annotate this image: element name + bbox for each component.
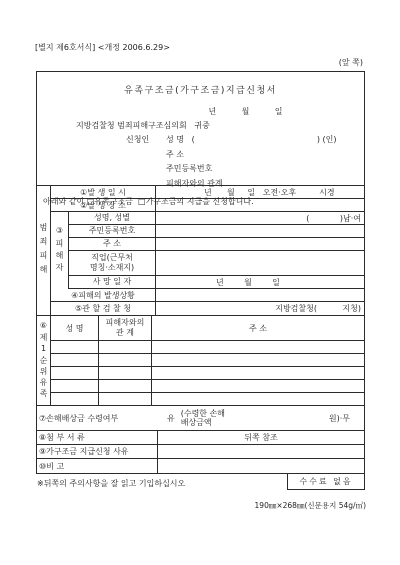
occurrence-datetime-label: ①발 생 일 시 [51,186,156,198]
victim-name-sex-value: ( )남·여 [156,212,364,224]
victim-rrn-row: 주민등록번호 [69,225,364,238]
recipient-line: 지방검찰청 범죄피해구조심의회 귀중 [37,120,364,131]
survivors-group-label: ⑥제1순위유족 [37,316,51,405]
occurrence-place-value [156,199,364,211]
applicant-block: 신청인 성 명 ( ) (인) 주 소 주민등록번호 피해자와의 관계 [37,134,364,192]
victim-rrn-value [156,225,364,237]
victim-occupation-label: 직업(근무처 명칭·소재지) [69,251,156,275]
compensation-label: ⑦손해배상금 수령여부 [37,413,167,424]
paper-spec: 190㎜×268㎜(신문용지 54g/㎡) [255,500,366,511]
victim-subsection: ③피해자 성명, 성별 ( )남·여 주민등록번호 [51,212,364,289]
occurrence-datetime-value: 년 월 일 오전·오후 시경 [156,186,364,198]
form-border-box: 유족구조금(가구조금)지급신청서 년 월 일 지방검찰청 범죄피해구조심의회 귀… [36,71,365,474]
attachments-row: ⑧첨 부 서 류 뒤쪽 참조 [37,431,364,445]
form-page: [별지 제6호서식] <개정 2006.6.29> (앞 쪽) 유족구조금(가구… [0,0,400,565]
page-side-label: (앞 쪽) [339,57,363,68]
applicant-rrn-label: 주민등록번호 [166,163,212,174]
date-line: 년 월 일 [37,106,364,117]
survivor-row [51,367,364,380]
damage-situation-value [156,289,364,301]
applicant-name-row: 성 명 ( ) (인) [166,134,364,145]
damage-situation-label: ④피해의 발생상황 [51,289,156,301]
survivors-header-row: 성 명 피해자와의 관 계 주 소 [51,316,364,341]
victim-name-sex-label: 성명, 성별 [69,212,156,224]
victim-death-date-value: 년 월 일 [156,276,364,288]
applicant-name-seal: ( ) (인) [184,134,336,145]
victim-group-label: ③피해자 [51,212,69,289]
applicant-rrn-row: 주민등록번호 [166,163,364,174]
victim-death-date-row: 사 망 일 자 년 월 일 [69,276,364,289]
remarks-value [158,459,364,473]
attachments-label: ⑧첨 부 서 류 [37,431,158,444]
survivor-row [51,341,364,354]
survivor-row [51,393,364,405]
applicant-name-label: 성 명 [166,134,184,145]
survivors-section: ⑥제1순위유족 성 명 피해자와의 관 계 주 소 [37,316,364,406]
occurrence-place-row: ②발 생 장 소 [51,199,364,212]
victim-death-date-label: 사 망 일 자 [69,276,156,288]
survivor-row [51,380,364,393]
remarks-row: ⑩비 고 [37,459,364,473]
crime-damage-group-label: 범죄피해 [37,186,51,315]
victim-name-sex-row: 성명, 성별 ( )남·여 [69,212,364,225]
household-reason-value [158,445,364,458]
attachments-value: 뒤쪽 참조 [158,431,364,444]
compensation-row: ⑦손해배상금 수령여부 유 (수령한 손해 배상금액 원)·무 [37,406,364,431]
survivors-col-address: 주 소 [152,316,364,340]
applicant-label: 신청인 [126,134,166,192]
occurrence-datetime-row: ①발 생 일 시 년 월 일 오전·오후 시경 [51,186,364,199]
jurisdiction-label: ⑤관 할 검 찰 청 [51,302,156,315]
fee-box: 수수료 없음 [287,473,365,490]
applicant-address-row: 주 소 [166,149,364,160]
form-table: 범죄피해 ①발 생 일 시 년 월 일 오전·오후 시경 ②발 생 장 소 ③피… [37,185,364,473]
victim-occupation-row: 직업(근무처 명칭·소재지) [69,251,364,276]
compensation-paren: (수령한 손해 배상금액 [181,409,225,427]
jurisdiction-value: 지방검찰청( 지청) [156,302,364,315]
crime-damage-section: 범죄피해 ①발 생 일 시 년 월 일 오전·오후 시경 ②발 생 장 소 ③피… [37,186,364,316]
victim-rrn-label: 주민등록번호 [69,225,156,237]
form-title: 유족구조금(가구조금)지급신청서 [37,83,364,96]
victim-address-row: 주 소 [69,238,364,251]
remarks-label: ⑩비 고 [37,459,158,473]
survivors-col-relation: 피해자와의 관 계 [99,316,152,340]
survivors-col-name: 성 명 [51,316,99,340]
household-reason-label: ⑨가구조금 지급신청 사유 [37,445,158,458]
damage-situation-row: ④피해의 발생상황 [51,289,364,302]
jurisdiction-row: ⑤관 할 검 찰 청 지방검찰청( 지청) [51,302,364,315]
victim-occupation-value [156,251,364,275]
occurrence-place-label: ②발 생 장 소 [51,199,156,211]
household-reason-row: ⑨가구조금 지급신청 사유 [37,445,364,459]
compensation-yes: 유 [167,413,175,424]
survivor-row [51,354,364,367]
victim-address-label: 주 소 [69,238,156,250]
compensation-won-no: 원)·무 [329,413,350,424]
notice-line: ※뒤쪽의 주의사항을 잘 읽고 기입하십시오 [37,478,185,489]
form-reference: [별지 제6호서식] <개정 2006.6.29> [35,42,170,53]
applicant-address-label: 주 소 [166,149,184,160]
victim-address-value [156,238,364,250]
